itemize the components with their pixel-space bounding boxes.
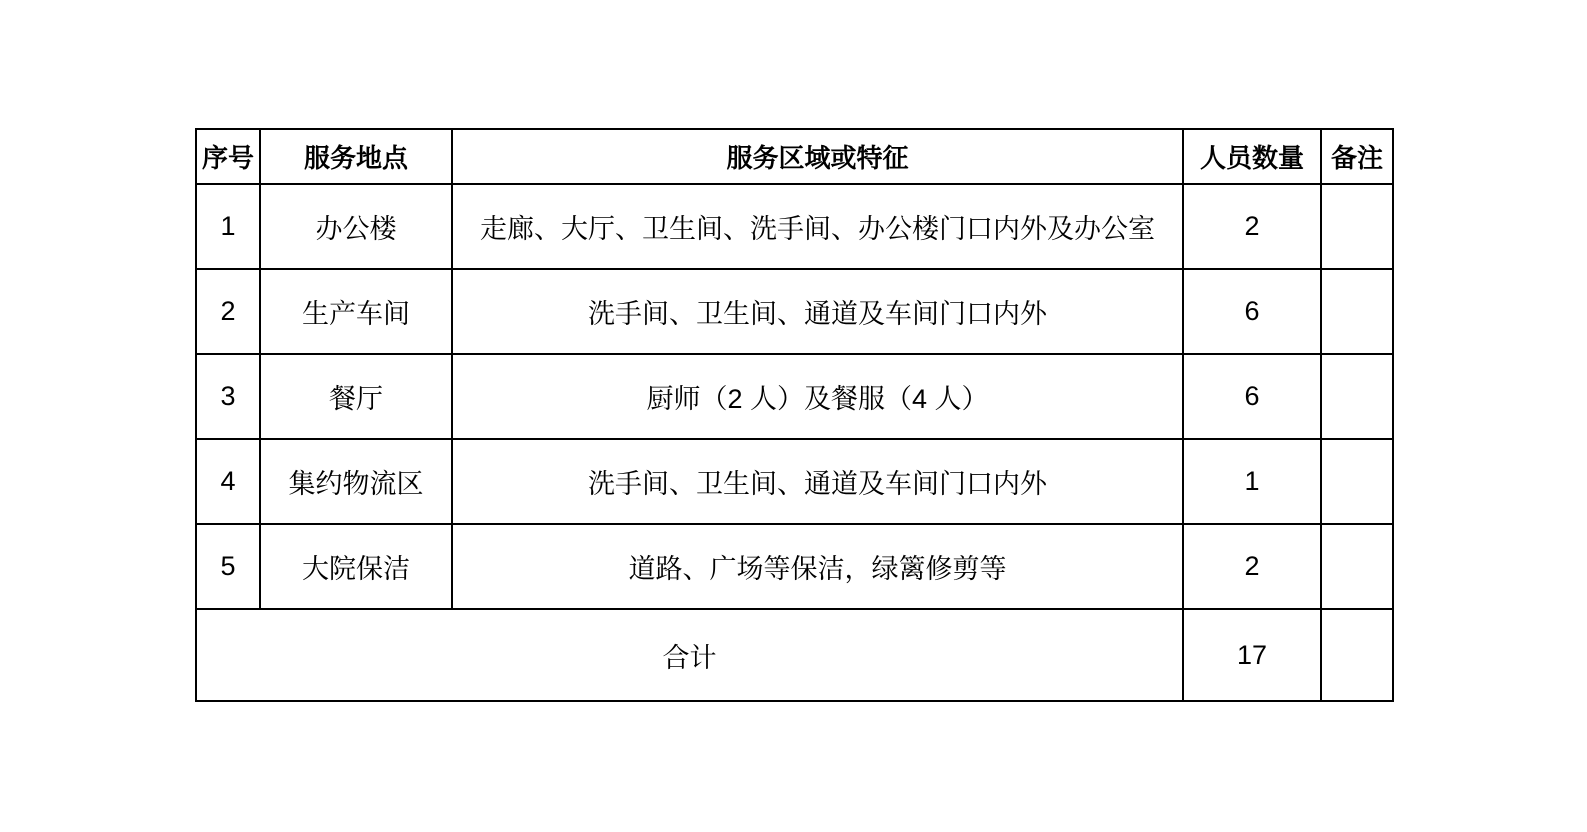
cell-remark xyxy=(1321,269,1393,354)
cell-remark xyxy=(1321,524,1393,609)
cell-no: 3 xyxy=(196,354,260,439)
cell-location: 餐厅 xyxy=(260,354,452,439)
cell-location: 大院保洁 xyxy=(260,524,452,609)
cell-remark xyxy=(1321,354,1393,439)
cell-count: 6 xyxy=(1183,354,1321,439)
cell-count: 2 xyxy=(1183,524,1321,609)
col-header-no: 序号 xyxy=(196,129,260,184)
table-header-row: 序号 服务地点 服务区域或特征 人员数量 备注 xyxy=(196,129,1393,184)
cell-remark xyxy=(1321,439,1393,524)
col-header-remark: 备注 xyxy=(1321,129,1393,184)
cell-no: 1 xyxy=(196,184,260,269)
cell-location: 办公楼 xyxy=(260,184,452,269)
table-row: 3 餐厅 厨师（2 人）及餐服（4 人） 6 xyxy=(196,354,1393,439)
cell-location: 集约物流区 xyxy=(260,439,452,524)
cell-count: 6 xyxy=(1183,269,1321,354)
cell-count: 2 xyxy=(1183,184,1321,269)
cell-area: 道路、广场等保洁，绿篱修剪等 xyxy=(452,524,1183,609)
cell-area: 洗手间、卫生间、通道及车间门口内外 xyxy=(452,439,1183,524)
cell-area: 厨师（2 人）及餐服（4 人） xyxy=(452,354,1183,439)
col-header-count: 人员数量 xyxy=(1183,129,1321,184)
cell-count: 1 xyxy=(1183,439,1321,524)
total-remark-cell xyxy=(1321,609,1393,701)
cell-no: 5 xyxy=(196,524,260,609)
col-header-area: 服务区域或特征 xyxy=(452,129,1183,184)
total-label-cell: 合计 xyxy=(196,609,1183,701)
table-row: 2 生产车间 洗手间、卫生间、通道及车间门口内外 6 xyxy=(196,269,1393,354)
cell-no: 4 xyxy=(196,439,260,524)
table-row: 5 大院保洁 道路、广场等保洁，绿篱修剪等 2 xyxy=(196,524,1393,609)
table-total-row: 合计 17 xyxy=(196,609,1393,701)
table-container: 序号 服务地点 服务区域或特征 人员数量 备注 1 办公楼 走廊、大厅、卫生间、… xyxy=(195,128,1394,702)
table-row: 1 办公楼 走廊、大厅、卫生间、洗手间、办公楼门口内外及办公室 2 xyxy=(196,184,1393,269)
document-page: 序号 服务地点 服务区域或特征 人员数量 备注 1 办公楼 走廊、大厅、卫生间、… xyxy=(0,0,1587,832)
total-count-cell: 17 xyxy=(1183,609,1321,701)
cell-area: 走廊、大厅、卫生间、洗手间、办公楼门口内外及办公室 xyxy=(452,184,1183,269)
service-personnel-table: 序号 服务地点 服务区域或特征 人员数量 备注 1 办公楼 走廊、大厅、卫生间、… xyxy=(195,128,1394,702)
table-row: 4 集约物流区 洗手间、卫生间、通道及车间门口内外 1 xyxy=(196,439,1393,524)
cell-remark xyxy=(1321,184,1393,269)
cell-location: 生产车间 xyxy=(260,269,452,354)
cell-no: 2 xyxy=(196,269,260,354)
cell-area: 洗手间、卫生间、通道及车间门口内外 xyxy=(452,269,1183,354)
col-header-location: 服务地点 xyxy=(260,129,452,184)
